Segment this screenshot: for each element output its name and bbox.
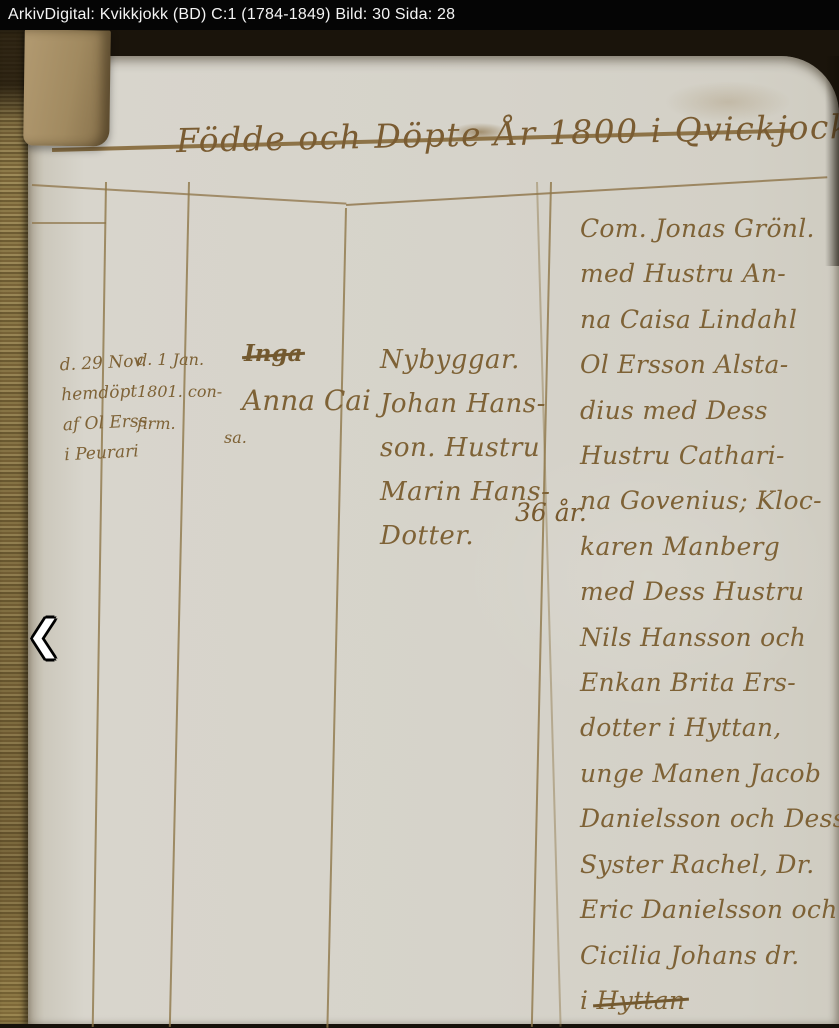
witness-line: dius med Dess (580, 388, 839, 433)
column-rule-1 (92, 182, 107, 1024)
child-name: Anna Caisa. (224, 374, 371, 447)
struck-word: Hyttan (597, 978, 686, 1023)
witnesses-entry: Com. Jonas Grönl.med Hustru An-na Caisa … (580, 206, 839, 978)
witness-line: med Hustru An- (580, 251, 839, 296)
witness-line: Eric Danielsson och (580, 887, 839, 932)
witness-line: dotter i Hyttan, (580, 705, 839, 750)
witness-line: na Caisa Lindahl (580, 297, 839, 342)
witness-line: Enkan Brita Ers- (580, 660, 839, 705)
witness-line: Hustru Cathari- (580, 433, 839, 478)
document-scan[interactable]: Födde och Döpte År 1800 i Qvickjock d. 2… (0, 30, 839, 1024)
witnesses-last-line: i Hyttan (580, 978, 685, 1023)
witness-line: Cicilia Johans dr. (580, 933, 839, 978)
record-page: Födde och Döpte År 1800 i Qvickjock d. 2… (28, 56, 839, 1024)
witness-line: Ol Ersson Alsta- (580, 342, 839, 387)
viewer-topbar: ArkivDigital: Kvikkjokk (BD) C:1 (1784-1… (0, 0, 839, 30)
witness-line: na Govenius; Kloc- (580, 478, 839, 523)
margin-cell-rule (32, 222, 106, 224)
chevron-left-icon: ❮ (27, 613, 61, 659)
column-rule-3 (326, 208, 347, 1024)
book-fore-edge (0, 30, 28, 1024)
viewer-title: ArkivDigital: Kvikkjokk (BD) C:1 (1784-1… (0, 6, 455, 24)
witness-line: Com. Jonas Grönl. (580, 206, 839, 251)
parents-entry-line: Nybyggar. (380, 338, 550, 382)
child-name-line: sa. (224, 428, 371, 447)
child-name-line: Anna Cai (224, 374, 371, 428)
confirmation-note-line: d. 1 Jan. (137, 344, 222, 376)
column-rule-2 (169, 182, 190, 1024)
witness-line: Nils Hansson och (580, 615, 839, 660)
confirmation-note-line: firm. (137, 408, 222, 440)
child-name-rejected: Inga (244, 340, 302, 367)
page-title: Födde och Döpte År 1800 i Qvickjock (176, 107, 839, 160)
previous-image-button[interactable]: ❮ (22, 608, 66, 664)
witness-line: med Dess Hustru (580, 569, 839, 614)
parents-entry-line: Johan Hans- (380, 382, 550, 426)
confirmation-note-line: 1801. con- (137, 376, 222, 408)
wooden-clamp (23, 29, 111, 146)
witness-line: karen Manberg (580, 524, 839, 569)
page-corner-shadow (825, 56, 839, 266)
header-rule-right (346, 176, 827, 206)
witness-line: Danielsson och Dess (580, 796, 839, 841)
witness-line: Syster Rachel, Dr. (580, 842, 839, 887)
baptism-note-line: i Peurari (64, 436, 155, 471)
parents-entry-line: son. Hustru (380, 426, 550, 470)
confirmation-note: d. 1 Jan.1801. con-firm. (137, 344, 222, 440)
mother-age: 36 år. (515, 498, 587, 527)
witness-line: unge Manen Jacob (580, 751, 839, 796)
